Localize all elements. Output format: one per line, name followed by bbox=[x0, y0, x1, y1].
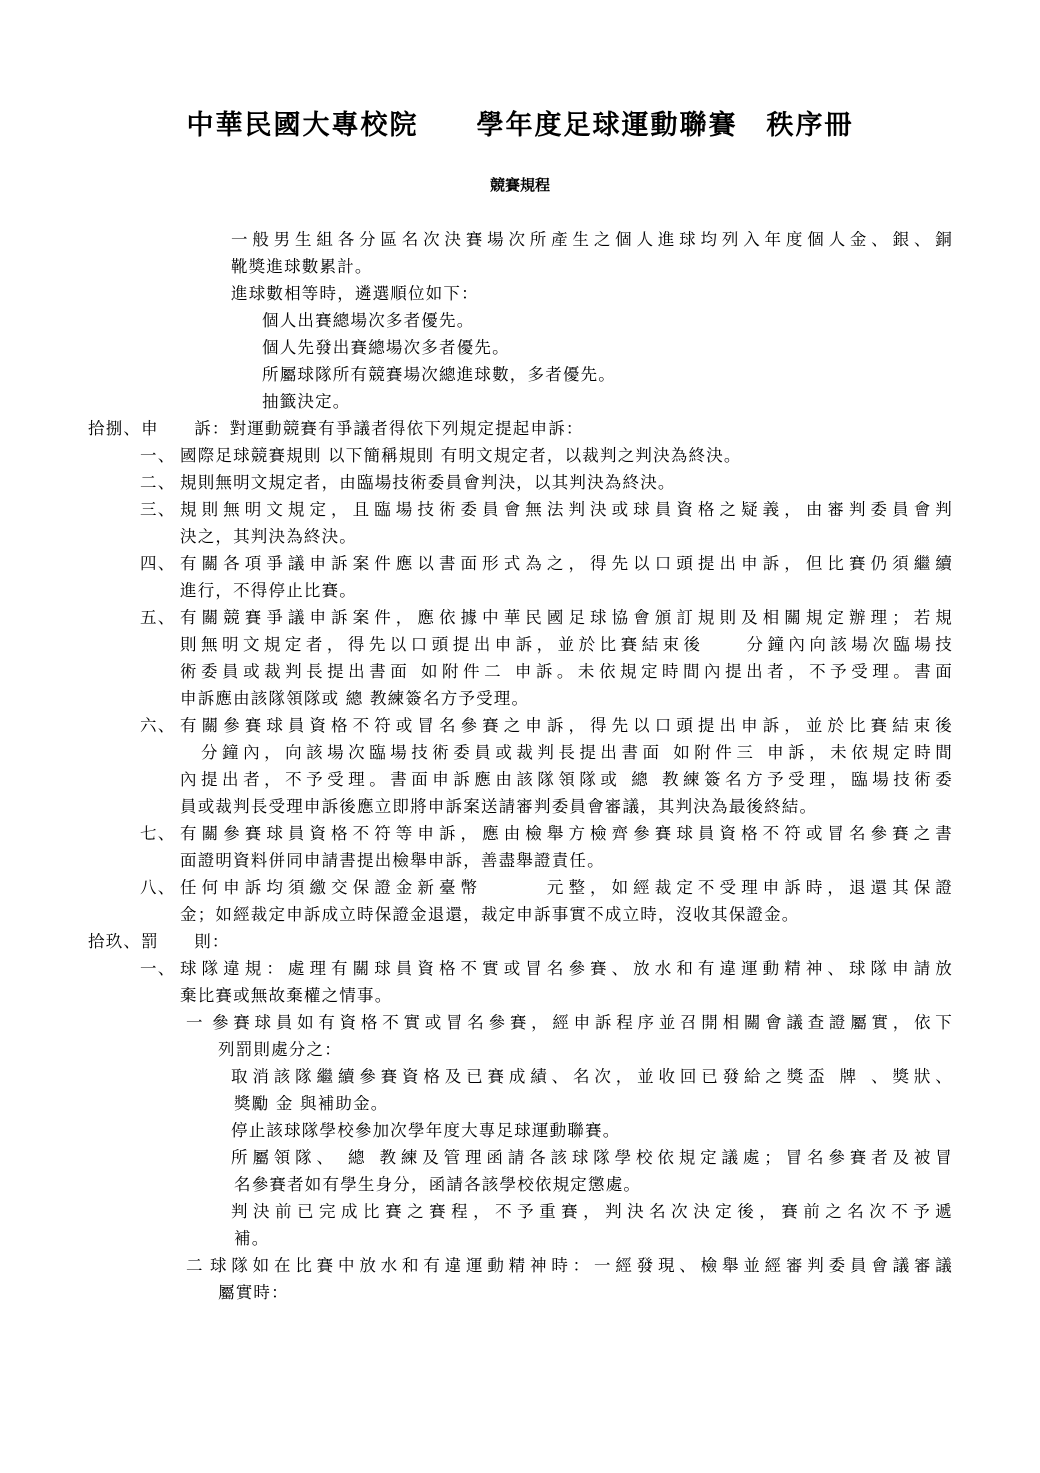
item-text: 進行，不得停止比賽。 bbox=[180, 581, 357, 601]
item-text: 有關參賽球員資格不符等申訴，應由檢舉方檢齊參賽球員資格不符或冒名參賽之書 bbox=[180, 824, 953, 844]
document-title: 中華民國大專校院 學年度足球運動聯賽 秩序冊 bbox=[0, 103, 1040, 142]
item-number: 一、 bbox=[140, 959, 175, 979]
item-number: 五、 bbox=[140, 608, 175, 628]
item-number: 八、 bbox=[140, 878, 175, 898]
list-item: 抽籤決定。 bbox=[262, 392, 351, 412]
penalty-point: 取消該隊繼續參賽資格及已賽成績、名次，並收回已發給之獎盃 牌 、獎狀、 bbox=[231, 1067, 953, 1087]
item-text: 金；如經裁定申訴成立時保證金退還，裁定申訴事實不成立時，沒收其保證金。 bbox=[180, 905, 800, 925]
item-text: 球隊違規：處理有關球員資格不實或冒名參賽、放水和有違運動精神、球隊申請放 bbox=[180, 959, 953, 979]
item-number: 二、 bbox=[140, 473, 175, 493]
penalty-point: 所屬領隊、 總 教練及管理函請各該球隊學校依規定議處；冒名參賽者及被冒 bbox=[231, 1148, 953, 1168]
paragraph-line: 靴獎進球數累計。 bbox=[231, 257, 373, 277]
paragraph-line: 進球數相等時，遴選順位如下： bbox=[231, 284, 479, 304]
sub-item-text: 球隊如在比賽中放水和有違運動精神時：一經發現、檢舉並經審判委員會議審議 bbox=[210, 1256, 953, 1276]
item-text: 有關參賽球員資格不符或冒名參賽之申訴，得先以口頭提出申訴，並於比賽結束後 bbox=[180, 716, 953, 736]
item-text: 內提出者，不予受理。書面申訴應由該隊領隊或 總 教練簽名方予受理，臨場技術委 bbox=[180, 770, 953, 790]
item-text: 決之，其判決為終決。 bbox=[180, 527, 357, 547]
penalty-point: 獎勵 金 與補助金。 bbox=[234, 1094, 389, 1114]
item-number: 一、 bbox=[140, 446, 175, 466]
section-heading: 拾捌、申 訴：對運動競賽有爭議者得依下列規定提起申訴： bbox=[88, 419, 584, 439]
penalty-point: 判決前已完成比賽之賽程，不予重賽，判決名次決定後，賽前之名次不予遞 bbox=[231, 1202, 953, 1222]
item-text: 面證明資料併同申請書提出檢舉申訴，善盡舉證責任。 bbox=[180, 851, 605, 871]
item-text: 規則無明文規定者，由臨場技術委員會判決，以其判決為終決。 bbox=[180, 473, 676, 493]
document-subtitle: 競賽規程 bbox=[0, 174, 1040, 195]
list-item: 個人先發出賽總場次多者優先。 bbox=[262, 338, 510, 358]
list-item: 所屬球隊所有競賽場次總進球數，多者優先。 bbox=[262, 365, 616, 385]
item-text: 分鐘內，向該場次臨場技術委員或裁判長提出書面 如附件三 申訴，未依規定時間 bbox=[180, 743, 953, 763]
item-text: 術委員或裁判長提出書面 如附件二 申訴。未依規定時間內提出者，不予受理。書面 bbox=[180, 662, 953, 682]
item-text: 有關競賽爭議申訴案件，應依據中華民國足球協會頒訂規則及相關規定辦理；若規 bbox=[180, 608, 953, 628]
sub-item-text: 參賽球員如有資格不實或冒名參賽，經申訴程序並召開相關會議查證屬實，依下 bbox=[212, 1013, 953, 1033]
item-number: 四、 bbox=[140, 554, 175, 574]
sub-item-number: 二 bbox=[186, 1256, 204, 1276]
item-text: 國際足球競賽規則 以下簡稱規則 有明文規定者，以裁判之判決為終決。 bbox=[180, 446, 742, 466]
item-text: 申訴應由該隊領隊或 總 教練簽名方予受理。 bbox=[180, 689, 529, 709]
item-number: 三、 bbox=[140, 500, 175, 520]
section-heading: 拾玖、罰 則： bbox=[88, 932, 230, 952]
item-number: 七、 bbox=[140, 824, 175, 844]
penalty-point: 名參賽者如有學生身分，函請各該學校依規定懲處。 bbox=[234, 1175, 641, 1195]
list-item: 個人出賽總場次多者優先。 bbox=[262, 311, 474, 331]
item-text: 員或裁判長受理申訴後應立即將申訴案送請審判委員會審議，其判決為最後終結。 bbox=[180, 797, 817, 817]
sub-item-text: 屬實時： bbox=[218, 1283, 289, 1303]
item-text: 有關各項爭議申訴案件應以書面形式為之，得先以口頭提出申訴，但比賽仍須繼續 bbox=[180, 554, 953, 574]
item-text: 則無明文規定者，得先以口頭提出申訴，並於比賽結束後 分鐘內向該場次臨場技 bbox=[180, 635, 953, 655]
sub-item-text: 列罰則處分之： bbox=[218, 1040, 342, 1060]
item-number: 六、 bbox=[140, 716, 175, 736]
sub-item-number: 一 bbox=[186, 1013, 204, 1033]
penalty-point: 停止該球隊學校參加次學年度大專足球運動聯賽。 bbox=[231, 1121, 620, 1141]
penalty-point: 補。 bbox=[234, 1229, 269, 1249]
paragraph-line: 一般男生組各分區名次決賽場次所產生之個人進球均列入年度個人金、銀、銅 bbox=[231, 230, 953, 250]
item-text: 棄比賽或無故棄權之情事。 bbox=[180, 986, 392, 1006]
item-text: 規則無明文規定，且臨場技術委員會無法判決或球員資格之疑義，由審判委員會判 bbox=[180, 500, 953, 520]
item-text: 任何申訴均須繳交保證金新臺幣 元整，如經裁定不受理申訴時，退還其保證 bbox=[180, 878, 953, 898]
